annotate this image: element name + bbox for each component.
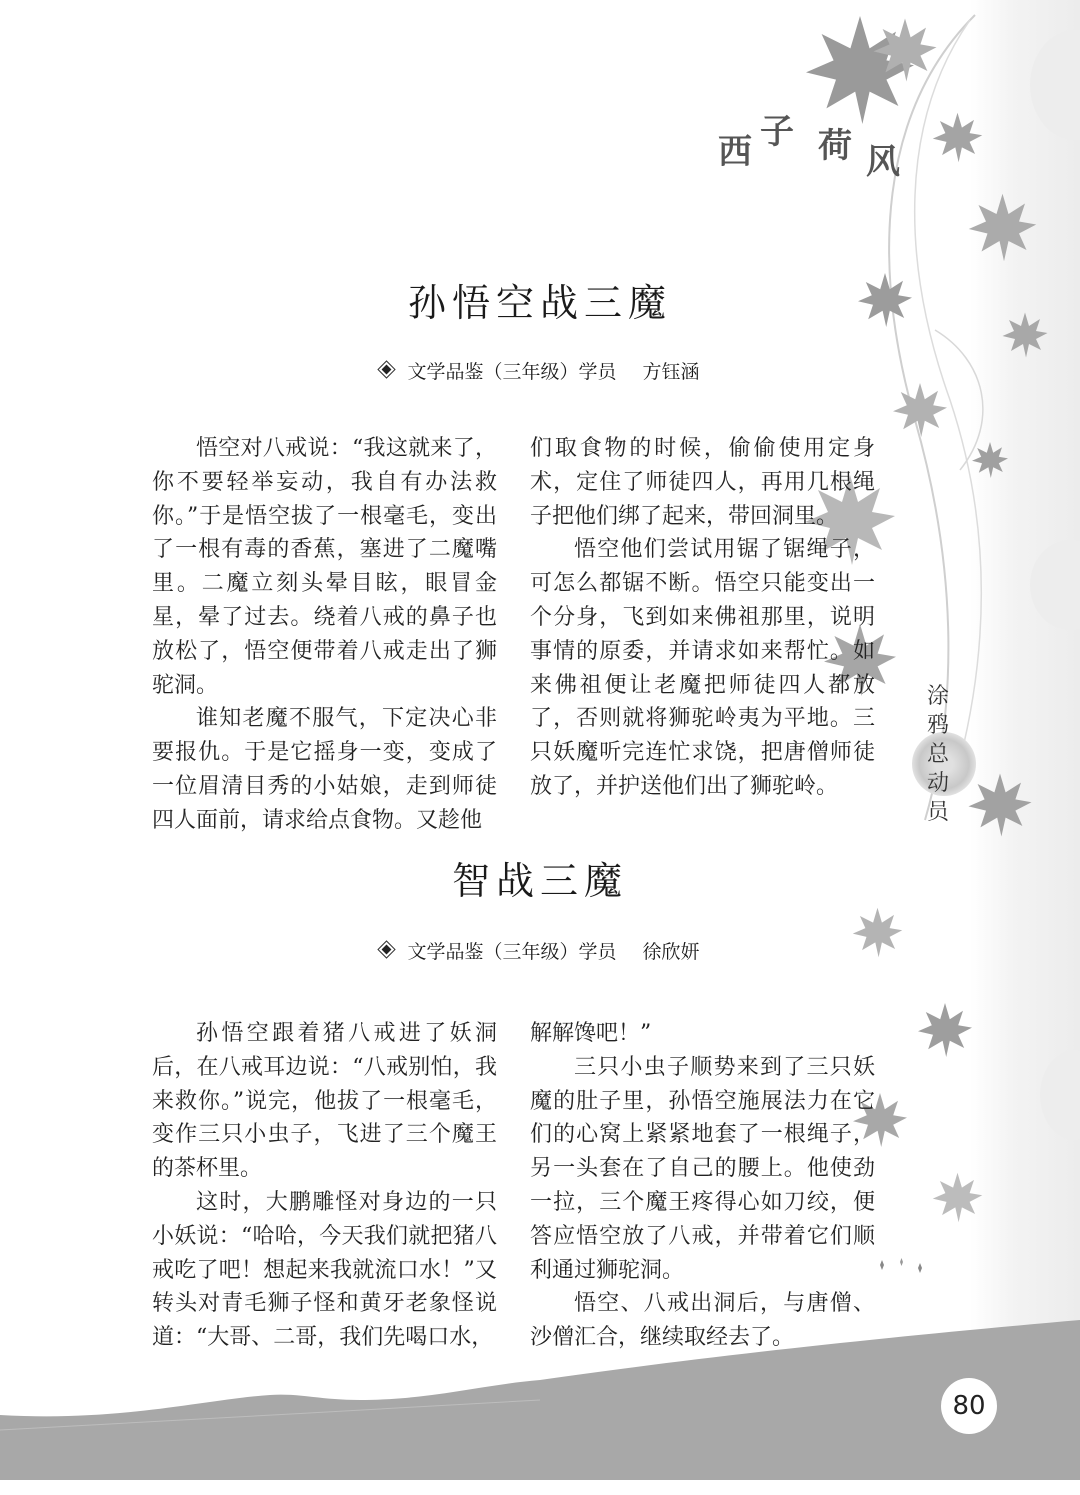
maple-leaf-icon (915, 1000, 975, 1060)
right-decorative-panel (970, 0, 1080, 1400)
bottom-wave-decoration (0, 1300, 1080, 1495)
byline-author: 徐欣妍 (643, 941, 700, 963)
column-header-char: 西 (718, 124, 752, 173)
sparkle-icon (870, 1250, 930, 1280)
column-header-char: 子 (760, 104, 794, 153)
byline-affiliation: 文学品鉴（三年级）学员 (407, 361, 616, 383)
column-header-char: 风 (866, 134, 900, 183)
diamond-bullet-icon (378, 940, 396, 958)
side-label-char: 鸦 (918, 711, 958, 740)
paragraph: 们取食物的时候，偷偷使用定身术，定住了师徒四人，再用几根绳子把他们绑了起来，带回… (530, 432, 875, 533)
column-header-char: 荷 (818, 118, 852, 167)
paragraph: 谁知老魔不服气，下定决心非要报仇。于是它摇身一变，变成了一位眉清目秀的小姑娘，走… (152, 702, 497, 837)
paragraph: 悟空对八戒说：“我这就来了，你不要轻举妄动，我自有办法救你。”于是悟空拔了一根毫… (152, 432, 497, 702)
side-label-char: 涂 (918, 682, 958, 711)
column-header: 西 子 荷 风 (718, 110, 898, 170)
article-left-column: 悟空对八戒说：“我这就来了，你不要轻举妄动，我自有办法救你。”于是悟空拔了一根毫… (152, 432, 497, 838)
paragraph: 孙悟空跟着猪八戒进了妖洞后，在八戒耳边说：“八戒别怕，我来救你。”说完，他拔了一… (152, 1017, 497, 1186)
diamond-bullet-icon (378, 360, 396, 378)
side-label-char: 员 (918, 798, 958, 827)
paragraph: 解解馋吧！” (530, 1017, 875, 1051)
article-byline: 文学品鉴（三年级）学员方钰涵 (0, 357, 1080, 384)
paragraph: 悟空他们尝试用锯了锯绳子，可怎么都锯不断。悟空只能变出一个分身，飞到如来佛祖那里… (530, 533, 875, 803)
magazine-page: 西 子 荷 风 孙悟空战三魔 文学品鉴（三年级）学员方钰涵 悟空对八戒说：“我这… (0, 0, 1080, 1495)
byline-author: 方钰涵 (643, 361, 700, 383)
page-number: 80 (941, 1378, 997, 1434)
paragraph: 三只小虫子顺势来到了三只妖魔的肚子里，孙悟空施展法力在它们的心窝上紧紧地套了一根… (530, 1051, 875, 1288)
article-title: 智战三魔 (0, 850, 1080, 905)
article-title: 孙悟空战三魔 (0, 272, 1080, 327)
side-label-char: 总 (918, 740, 958, 769)
article-byline: 文学品鉴（三年级）学员徐欣妍 (0, 937, 1080, 964)
side-label-char: 动 (918, 769, 958, 798)
maple-leaf-icon (890, 380, 950, 440)
byline-affiliation: 文学品鉴（三年级）学员 (407, 941, 616, 963)
article-right-column: 们取食物的时候，偷偷使用定身术，定住了师徒四人，再用几根绳子把他们绑了起来，带回… (530, 432, 875, 804)
side-section-label: 涂 鸦 总 动 员 (918, 682, 958, 827)
maple-leaf-icon (870, 15, 940, 85)
